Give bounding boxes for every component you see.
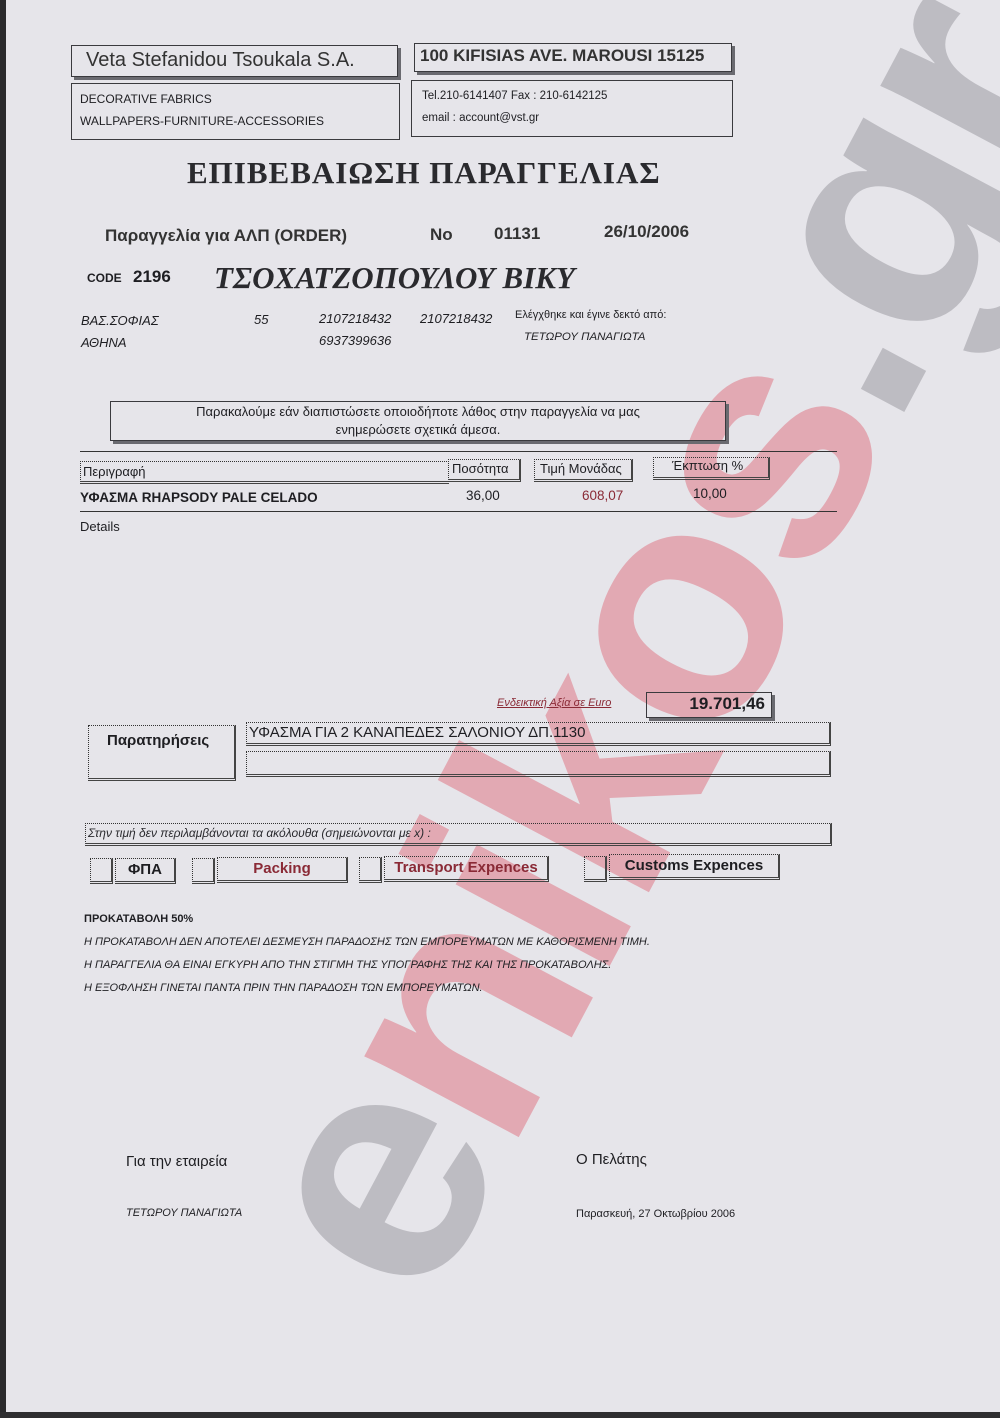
divider-row (80, 511, 837, 512)
company-tel-fax: Tel.210-6141407 Fax : 210-6142125 (422, 90, 607, 102)
column-header-unit-price: Τιμή Μονάδας (534, 459, 633, 482)
column-header-description: Περιγραφή (80, 461, 449, 484)
customer-city: ΑΘΗΝΑ (81, 335, 127, 350)
checkbox-packing[interactable] (192, 858, 215, 884)
checked-by-label: Ελέγχθηκε και έγινε δεκτό από: (515, 309, 666, 321)
exclusions-label-box: Στην τιμή δεν περιλαμβάνονται τα ακόλουθ… (85, 823, 832, 846)
details-label: Details (80, 519, 120, 534)
customer-mobile: 6937399636 (319, 333, 391, 348)
total-value: 19.701,46 (689, 694, 765, 714)
order-date: 26/10/2006 (604, 222, 689, 242)
terms-heading: ΠΡΟΚΑΤΑΒΟΛΗ 50% (84, 913, 193, 925)
order-label: Παραγγελία για ΑΛΠ (ORDER) (105, 226, 347, 246)
customer-code-label: CODE (87, 271, 122, 285)
item-unit-price: 608,07 (582, 488, 623, 503)
option-transport: Transport Expences (384, 856, 549, 882)
scanned-page: enikos.gr Veta Stefanidou Tsoukala S.A. … (0, 0, 1000, 1418)
notice-line-1: Παρακαλούμε εάν διαπιστώσετε οποιοδήποτε… (111, 404, 725, 419)
customer-phone-1: 2107218432 (319, 311, 391, 326)
company-signature-label: Για την εταιρεία (126, 1153, 227, 1170)
exclusions-label: Στην τιμή δεν περιλαμβάνονται τα ακόλουθ… (88, 826, 431, 840)
remarks-line-1[interactable]: ΥΦΑΣΜΑ ΓΙΑ 2 ΚΑΝΑΠΕΔΕΣ ΣΑΛΟΝΙΟΥ ΔΠ.1130 (246, 722, 831, 746)
terms-line-1: Η ΠΡΟΚΑΤΑΒΟΛΗ ΔΕΝ ΑΠΟΤΕΛΕΙ ΔΕΣΜΕΥΣΗ ΠΑΡΑ… (84, 936, 650, 948)
customer-name: ΤΣΟΧΑΤΖΟΠΟΥΛΟΥ ΒΙΚΥ (214, 260, 575, 296)
remarks-label-box: Παρατηρήσεις (88, 725, 236, 781)
company-signer: ΤΕΤΩΡΟΥ ΠΑΝΑΓΙΩΤΑ (126, 1207, 242, 1219)
checkbox-customs[interactable] (584, 856, 607, 882)
company-address: 100 KIFISIAS AVE. MAROUSI 15125 (420, 46, 704, 66)
remarks-label: Παρατηρήσεις (107, 732, 209, 749)
order-no-label: No (430, 225, 453, 245)
company-line-2: WALLPAPERS-FURNITURE-ACCESSORIES (80, 114, 324, 128)
customer-signature-label: Ο Πελάτης (576, 1151, 647, 1168)
item-discount: 10,00 (693, 486, 727, 501)
notice-line-2: ενημερώσετε σχετικά άμεσα. (111, 422, 725, 437)
page-title: ΕΠΙΒΕΒΑΙΩΣΗ ΠΑΡΑΓΓΕΛΙΑΣ (187, 155, 661, 191)
customer-street: ΒΑΣ.ΣΟΦΙΑΣ (81, 313, 159, 328)
company-address-box: 100 KIFISIAS AVE. MAROUSI 15125 (414, 43, 732, 72)
company-name-box: Veta Stefanidou Tsoukala S.A. (71, 45, 398, 77)
customer-street-no: 55 (254, 312, 268, 327)
total-box: 19.701,46 (646, 692, 772, 718)
column-header-quantity: Ποσότητα (448, 459, 521, 482)
notice-box: Παρακαλούμε εάν διαπιστώσετε οποιοδήποτε… (110, 401, 726, 441)
company-email: email : account@vst.gr (422, 112, 539, 124)
terms-line-3: Η ΕΞΟΦΛΗΣΗ ΓΙΝΕΤΑΙ ΠΑΝΤΑ ΠΡΙΝ ΤΗΝ ΠΑΡΑΔΟ… (84, 982, 483, 994)
checkbox-vat[interactable] (90, 858, 113, 884)
item-description: ΥΦΑΣΜΑ RHAPSODY PALE CELADO (80, 490, 318, 505)
signature-date: Παρασκευή, 27 Οκτωβρίου 2006 (576, 1208, 735, 1220)
remarks-line-2[interactable] (246, 751, 831, 777)
company-contact-box: Tel.210-6141407 Fax : 210-6142125 email … (411, 80, 733, 137)
option-vat: ΦΠΑ (115, 858, 176, 884)
item-quantity: 36,00 (466, 488, 500, 503)
checkbox-transport[interactable] (359, 857, 382, 883)
company-line-1: DECORATIVE FABRICS (80, 92, 212, 106)
total-label: Ενδεικτική Αξία σε Euro (497, 697, 611, 709)
divider-top (80, 451, 837, 452)
terms-line-2: Η ΠΑΡΑΓΓΕΛΙΑ ΘΑ ΕΙΝΑΙ ΕΓΚΥΡΗ ΑΠΟ ΤΗΝ ΣΤΙ… (84, 959, 611, 971)
customer-code: 2196 (133, 267, 171, 287)
column-header-discount: Έκπτωση % (653, 457, 770, 480)
customer-phone-2: 2107218432 (420, 311, 492, 326)
checked-by-name: ΤΕΤΩΡΟΥ ΠΑΝΑΓΙΩΤΑ (524, 331, 645, 343)
company-description-box: DECORATIVE FABRICS WALLPAPERS-FURNITURE-… (71, 83, 400, 140)
order-number: 01131 (494, 224, 540, 244)
company-name: Veta Stefanidou Tsoukala S.A. (86, 49, 355, 72)
option-packing: Packing (217, 857, 348, 883)
option-customs: Customs Expences (609, 854, 780, 880)
